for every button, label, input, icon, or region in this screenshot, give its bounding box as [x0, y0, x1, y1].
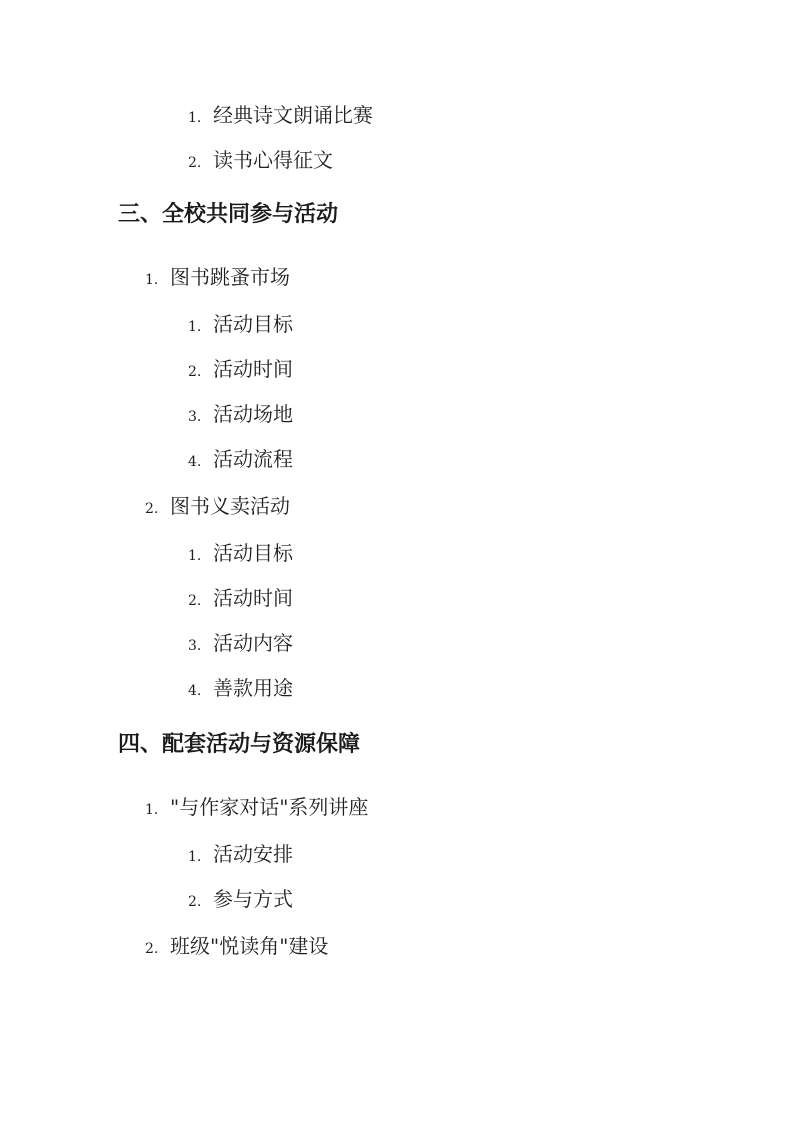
- list-item-number: 2.: [145, 496, 170, 522]
- list-item-label: 活动安排: [213, 841, 293, 867]
- list-item-number: 2.: [145, 936, 170, 962]
- list-item-number: 3.: [188, 633, 213, 659]
- list-item-label: 活动内容: [213, 630, 293, 656]
- list-item-label: 图书跳蚤市场: [170, 264, 290, 290]
- list-item: 1. 图书跳蚤市场: [0, 264, 793, 293]
- list-item: 2. 活动时间: [0, 356, 793, 385]
- intro-sublist: 1. 经典诗文朗诵比赛 2. 读书心得征文: [0, 102, 793, 192]
- list-item-label: "与作家对话"系列讲座: [170, 794, 368, 820]
- list-item: 2. 班级"悦读角"建设: [0, 933, 793, 962]
- list-item-label: 活动流程: [213, 446, 293, 472]
- list-item-number: 1.: [188, 543, 213, 569]
- document-page: 1. 经典诗文朗诵比赛 2. 读书心得征文 三、全校共同参与活动 1. 图书跳蚤…: [0, 0, 793, 1122]
- list-item: 3. 活动场地: [0, 401, 793, 430]
- list-item-label: 活动目标: [213, 540, 293, 566]
- list-item-label: 读书心得征文: [213, 147, 333, 173]
- list-item: 1. 活动安排: [0, 841, 793, 870]
- list-item-number: 2.: [188, 150, 213, 176]
- list-item-label: 经典诗文朗诵比赛: [213, 102, 373, 128]
- list-item-number: 1.: [188, 844, 213, 870]
- sublist: 1. 活动安排 2. 参与方式: [0, 841, 793, 915]
- section-list: 1. "与作家对话"系列讲座 1. 活动安排 2. 参与方式 2. 班级"悦读角…: [0, 794, 793, 978]
- list-item-number: 1.: [145, 797, 170, 823]
- list-item-label: 活动时间: [213, 356, 293, 382]
- list-item: 4. 善款用途: [0, 675, 793, 704]
- list-item-number: 4.: [188, 678, 213, 704]
- list-item: 2. 参与方式: [0, 886, 793, 915]
- list-item: 2. 读书心得征文: [0, 147, 793, 176]
- list-item: 1. 经典诗文朗诵比赛: [0, 102, 793, 131]
- list-item-label: 善款用途: [213, 675, 293, 701]
- list-item-label: 图书义卖活动: [170, 493, 290, 519]
- list-item: 1. "与作家对话"系列讲座: [0, 794, 793, 823]
- list-item: 4. 活动流程: [0, 446, 793, 475]
- section-heading: 四、配套活动与资源保障: [0, 730, 793, 760]
- sublist: 1. 活动目标 2. 活动时间 3. 活动场地 4. 活动流程: [0, 311, 793, 475]
- list-item-label: 活动目标: [213, 311, 293, 337]
- list-item: 1. 活动目标: [0, 540, 793, 569]
- list-item-number: 2.: [188, 588, 213, 614]
- list-item-number: 2.: [188, 359, 213, 385]
- list-item: 1. 活动目标: [0, 311, 793, 340]
- list-item-number: 1.: [188, 314, 213, 340]
- section-list: 1. 图书跳蚤市场 1. 活动目标 2. 活动时间 3. 活动场地 4. 活动流…: [0, 264, 793, 722]
- list-item-label: 活动时间: [213, 585, 293, 611]
- list-item-label: 班级"悦读角"建设: [170, 933, 328, 959]
- list-item-number: 2.: [188, 889, 213, 915]
- list-item: 3. 活动内容: [0, 630, 793, 659]
- section-heading: 三、全校共同参与活动: [0, 200, 793, 230]
- sublist: 1. 活动目标 2. 活动时间 3. 活动内容 4. 善款用途: [0, 540, 793, 704]
- list-item-number: 4.: [188, 449, 213, 475]
- list-item-label: 参与方式: [213, 886, 293, 912]
- list-item-number: 1.: [188, 105, 213, 131]
- list-item: 2. 图书义卖活动: [0, 493, 793, 522]
- list-item-label: 活动场地: [213, 401, 293, 427]
- list-item-number: 1.: [145, 267, 170, 293]
- list-item-number: 3.: [188, 404, 213, 430]
- list-item: 2. 活动时间: [0, 585, 793, 614]
